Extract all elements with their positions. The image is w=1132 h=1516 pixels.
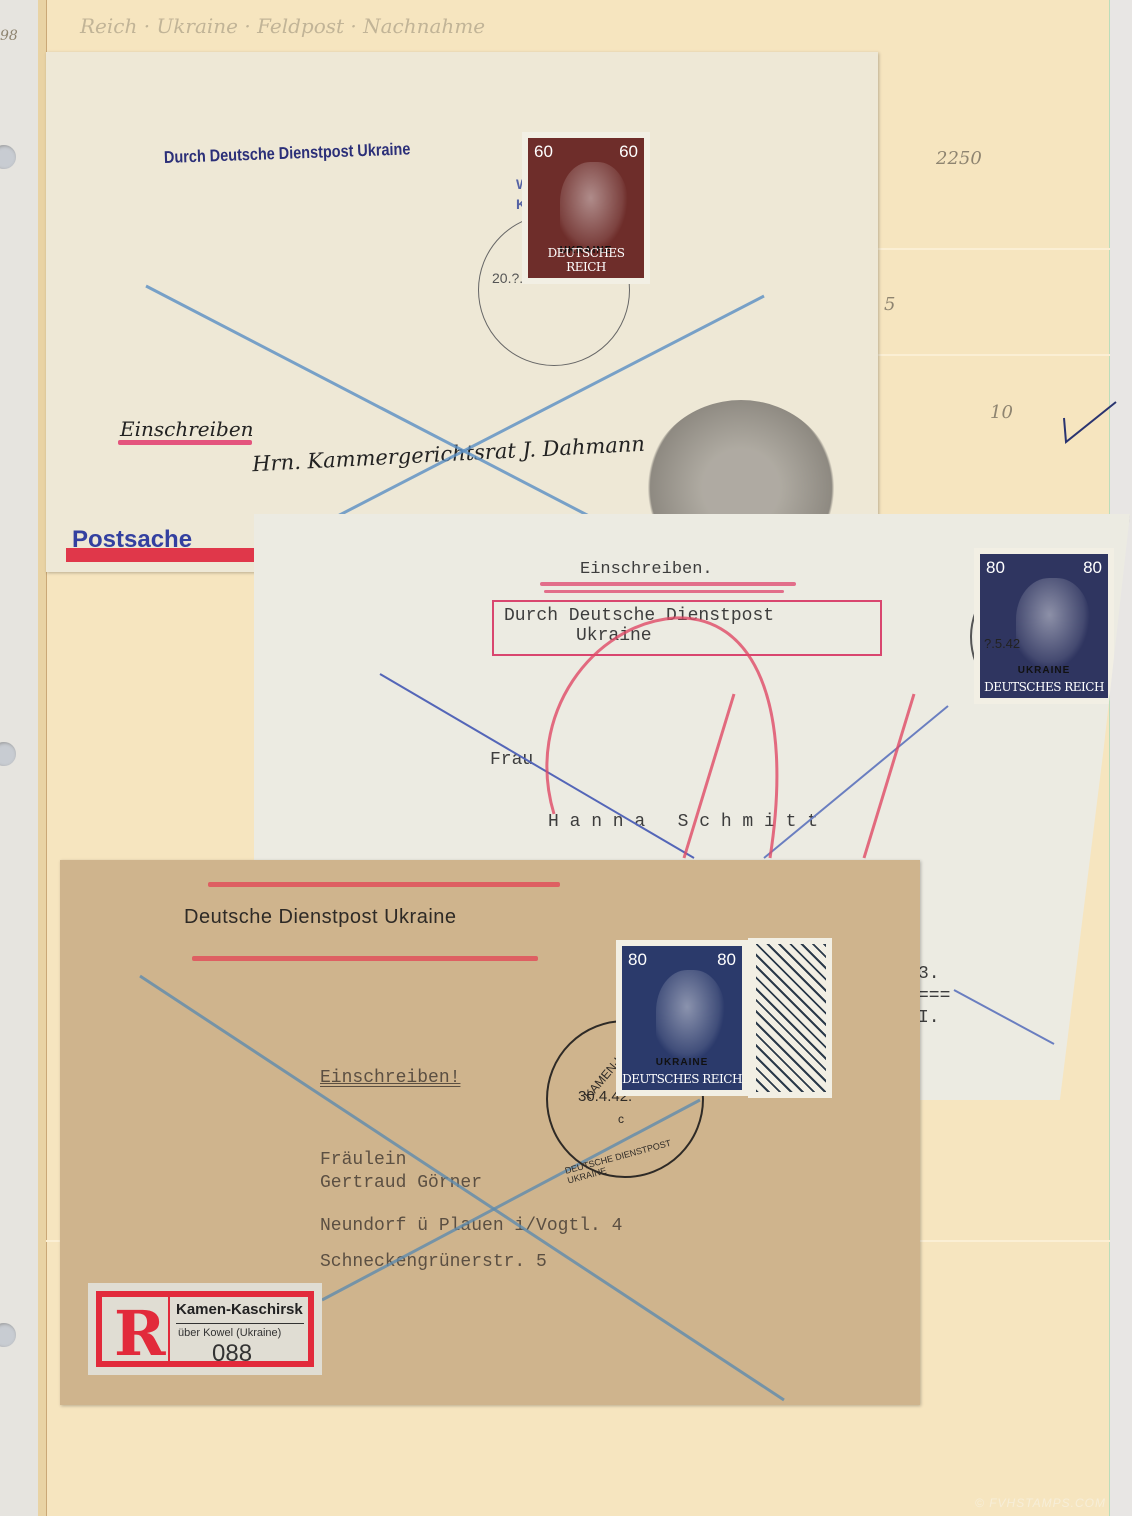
binder-margin xyxy=(0,0,38,1516)
top-pencil-note: Reich · Ukraine · Feldpost · Nachnahme xyxy=(80,14,485,38)
check-mark-icon xyxy=(1060,398,1120,448)
binder-hole xyxy=(0,742,16,766)
page-ref: 98 xyxy=(0,28,18,44)
sheet-margin-selvage xyxy=(748,938,832,1098)
margin-note: 5 xyxy=(884,294,895,315)
binder-hole xyxy=(0,145,16,169)
stamp-80pf[interactable]: 80 80 UKRAINE DEUTSCHES REICH xyxy=(974,548,1114,704)
margin-note-price: 2250 xyxy=(936,148,982,169)
postmark-date: ?.5.42 xyxy=(984,636,1020,651)
watermark: © FVHSTAMPS.COM xyxy=(975,1496,1106,1510)
margin-note: 10 xyxy=(990,402,1013,423)
blue-cross-marking xyxy=(46,52,878,572)
stamp-80pf[interactable]: 80 80 UKRAINE DEUTSCHES REICH xyxy=(616,940,748,1096)
binder-hole xyxy=(0,1323,16,1347)
registration-label: R Kamen-Kaschirsk über Kowel (Ukraine) 0… xyxy=(88,1283,322,1375)
cover-1[interactable]: Durch Deutsche Dienstpost Ukraine Einsch… xyxy=(46,52,878,572)
album-right-edge xyxy=(1109,0,1132,1516)
